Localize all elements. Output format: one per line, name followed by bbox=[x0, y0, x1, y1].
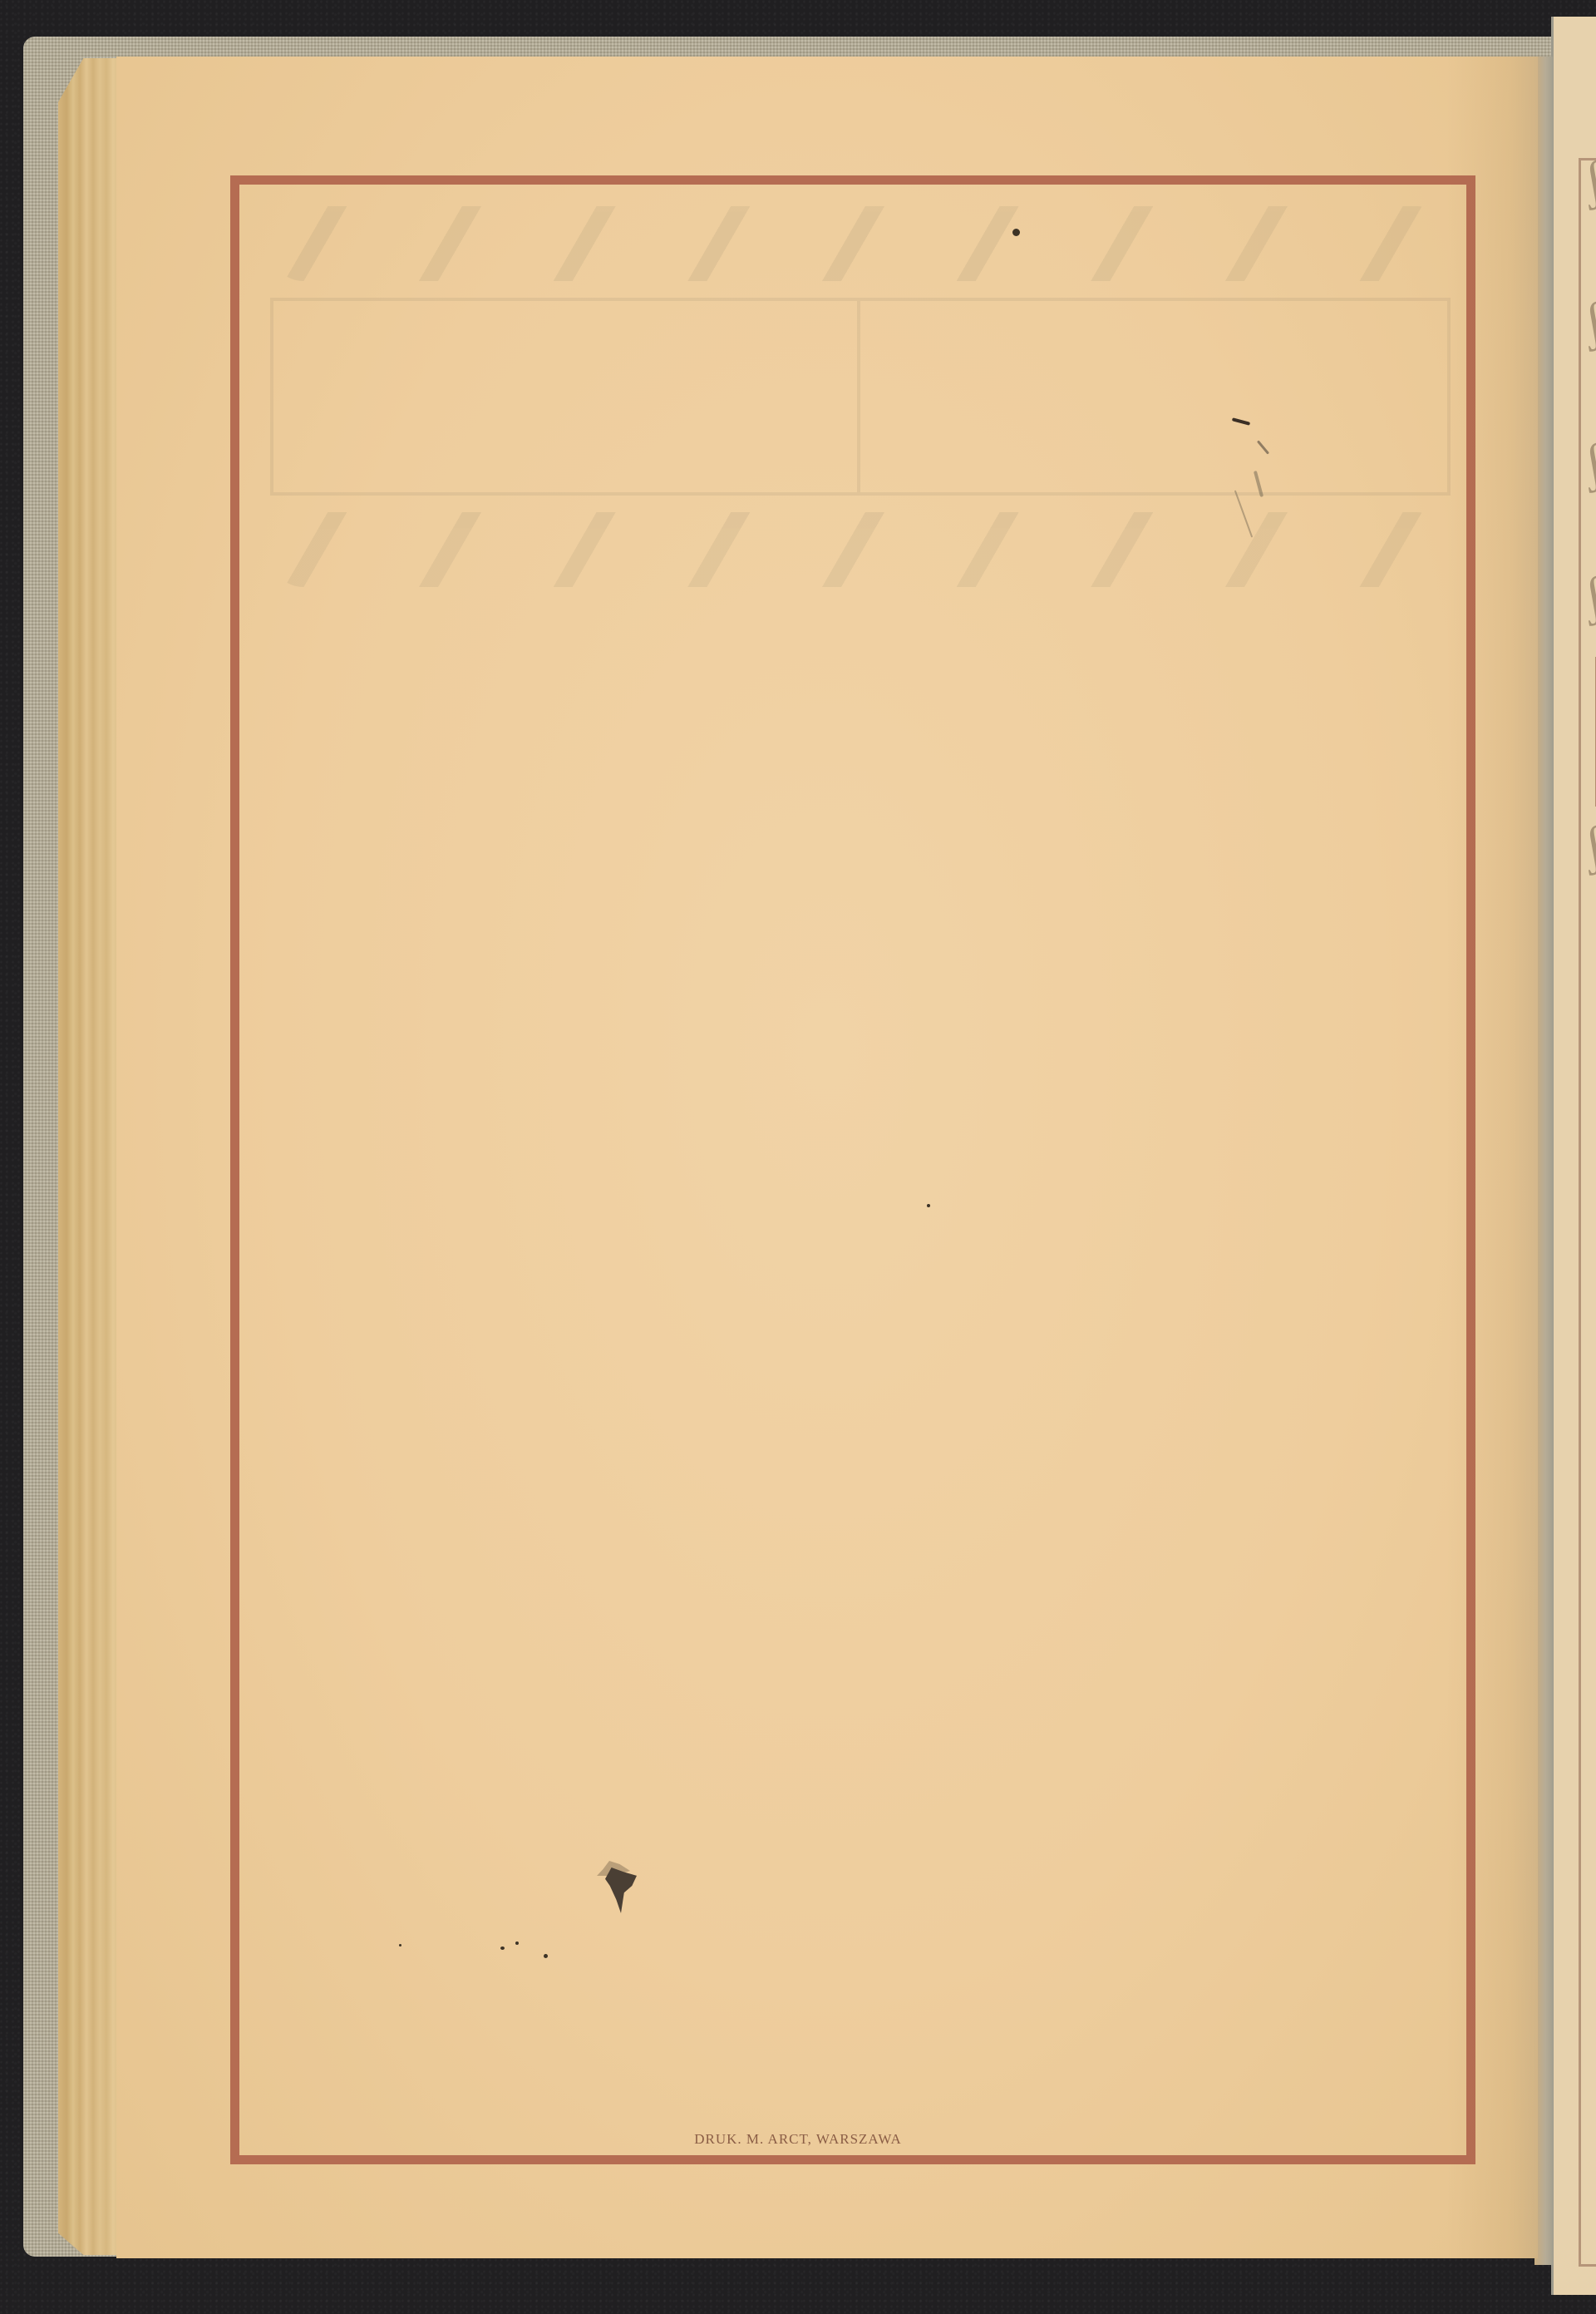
stain-spot bbox=[927, 1204, 930, 1207]
page-stack-edges bbox=[58, 58, 121, 2255]
stain-spot bbox=[1012, 229, 1020, 236]
book-page bbox=[116, 57, 1538, 2258]
printer-imprint: DRUK. M. ARCT, WARSZAWA bbox=[0, 2131, 1596, 2148]
stain-spot bbox=[515, 1941, 519, 1945]
stain-spot bbox=[500, 1946, 505, 1950]
adjacent-page-edge: ʃ ʃ ʃ ʃ ʃ bbox=[1551, 17, 1596, 2295]
decorative-border-frame bbox=[230, 175, 1475, 2164]
stain-spot bbox=[544, 1954, 548, 1958]
stain-spot bbox=[399, 1944, 401, 1946]
